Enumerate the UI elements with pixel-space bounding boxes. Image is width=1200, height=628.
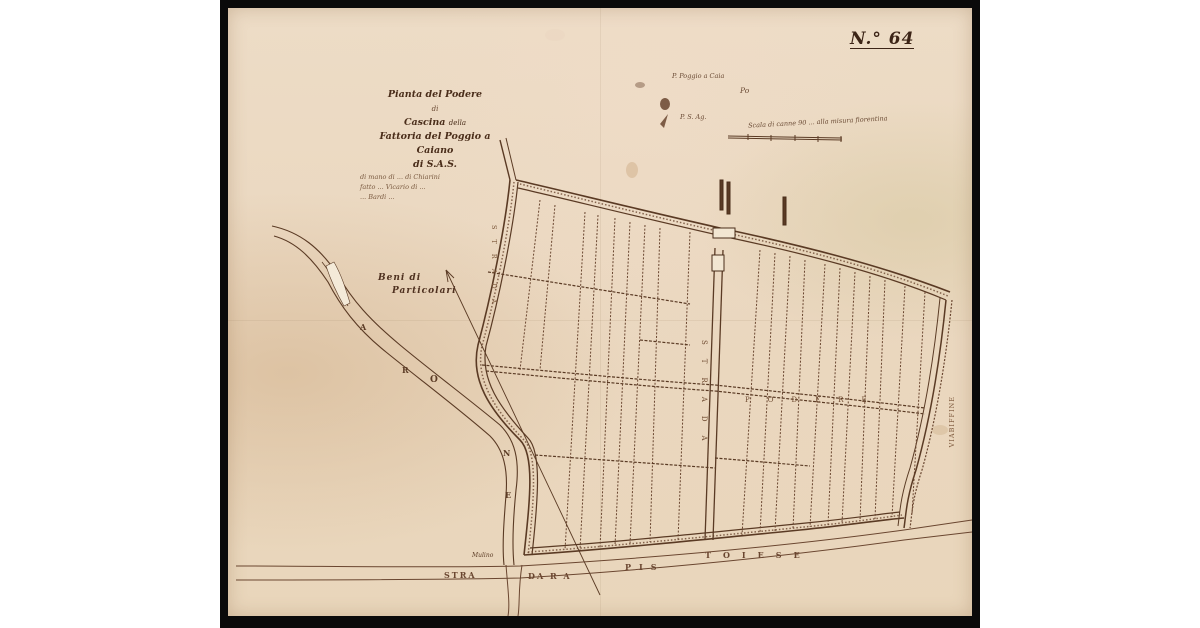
annotation-line-1: di mano di ... di Chiarini — [360, 172, 510, 182]
estate-boundary — [476, 138, 950, 555]
title-line-1: Pianta del Podere — [360, 88, 510, 102]
beni-di-particolari-label: Beni di Particolari — [378, 272, 457, 298]
annotation-line-2: fatto ... Vicario di ... — [360, 182, 510, 192]
sketch-symbols — [635, 82, 670, 128]
river-letter-a: A — [360, 322, 366, 332]
road-label-stra: STRA — [444, 570, 477, 580]
ps-note: P. S. Ag. — [680, 113, 706, 121]
river-letter-n: N — [503, 448, 510, 458]
river-letter-o: O — [430, 375, 438, 385]
road-crossing-streams — [506, 565, 522, 616]
west-strada-label: STRADA — [490, 225, 498, 313]
title-line-2: di — [360, 102, 510, 116]
east-road — [910, 300, 952, 528]
po-note: Po — [740, 86, 749, 95]
east-road-label: VIABIFFINE — [948, 396, 956, 447]
estate-map-drawing — [0, 0, 1200, 628]
road-label-toiese: TOIESE — [705, 550, 812, 560]
field-marks-label: PODERE — [745, 396, 885, 404]
south-hedge-row — [528, 515, 902, 552]
road-label-da: DA R A — [528, 571, 572, 581]
title-line-5: di S.A.S. — [360, 158, 510, 172]
north-hedge-row — [520, 184, 948, 296]
central-lane-label: STRADA — [700, 340, 708, 455]
strada-pistoiese — [236, 520, 972, 580]
river-letter-e: E — [505, 490, 511, 500]
poggio-note: P. Poggio a Caia — [672, 72, 724, 80]
annotation-line-3: ... Bardi ... — [360, 192, 510, 202]
catalog-number: N.° 64 — [850, 30, 914, 49]
mill-label: Mulino — [472, 552, 493, 559]
title-cartouche: Pianta del Podere di Cascina della Fatto… — [360, 88, 510, 202]
river-letter-r: R — [402, 365, 409, 375]
road-label-pistoiese: PIS — [625, 562, 665, 572]
scale-bar — [728, 134, 842, 142]
title-line-4: Fattoria del Poggio a Caiano — [360, 130, 510, 158]
title-line-3: Cascina della — [360, 116, 510, 130]
meridian-arrow — [446, 270, 600, 595]
